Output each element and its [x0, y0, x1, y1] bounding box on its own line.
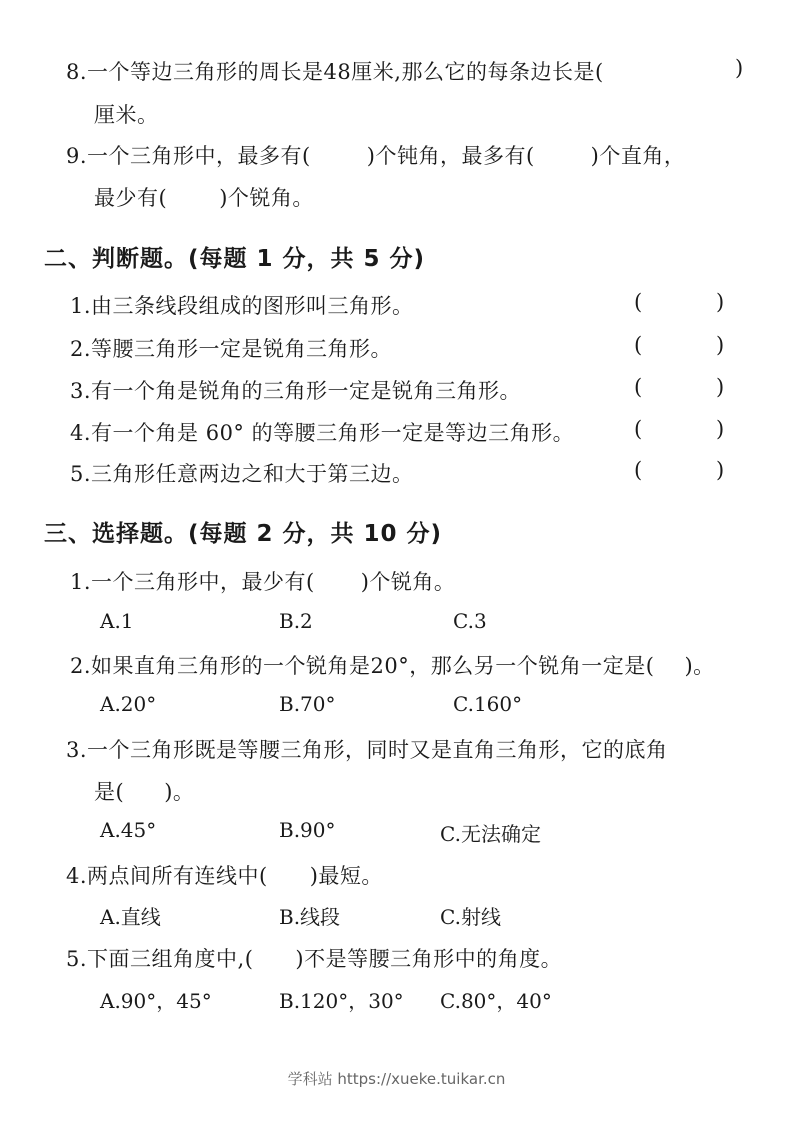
question-9-num: 9.: [66, 144, 87, 168]
option-c[interactable]: C.射线: [440, 901, 501, 930]
option-a[interactable]: A.1: [100, 609, 134, 633]
question-9-line2: 最少有()个锐角。: [94, 182, 314, 212]
question-9-cont-a: 最少有(: [94, 186, 167, 210]
choice-question-3-cont: 是()。: [94, 776, 194, 806]
judge-item-3: 3.有一个角是锐角的三角形一定是锐角三角形。: [70, 375, 521, 405]
question-text: 5.下面三组角度中,(: [66, 947, 253, 971]
choice-question-1: 1.一个三角形中，最少有()个锐角。: [70, 566, 455, 596]
judge-open-paren: (: [634, 290, 642, 314]
choice-question-3: 3.一个三角形既是等腰三角形，同时又是直角三角形，它的底角: [66, 734, 668, 764]
judge-item-1: 1.由三条线段组成的图形叫三角形。: [70, 290, 414, 320]
question-8-line1: 8.一个等边三角形的周长是48厘米,那么它的每条边长是(: [66, 56, 604, 86]
judge-close-paren: ): [716, 417, 724, 441]
question-text: )。: [164, 780, 194, 804]
judge-item-2: 2.等腰三角形一定是锐角三角形。: [70, 333, 392, 363]
question-text: 2.如果直角三角形的一个锐角是20°，那么另一个锐角一定是(: [70, 654, 654, 678]
option-b[interactable]: B.120°，30°: [279, 985, 404, 1014]
judge-close-paren: ): [716, 333, 724, 357]
choice-question-5: 5.下面三组角度中,()不是等腰三角形中的角度。: [66, 943, 562, 973]
choice-question-4: 4.两点间所有连线中()最短。: [66, 860, 383, 890]
question-text: )不是等腰三角形中的角度。: [295, 947, 562, 971]
footer-watermark: 学科站 https://xueke.tuikar.cn: [0, 1068, 793, 1089]
judge-close-paren: ): [716, 375, 724, 399]
option-b[interactable]: B.2: [279, 609, 313, 633]
question-8-text: 一个等边三角形的周长是48厘米,那么它的每条边长是(: [87, 60, 604, 84]
judge-item-5: 5.三角形任意两边之和大于第三边。: [70, 458, 414, 488]
judge-open-paren: (: [634, 417, 642, 441]
question-8-num: 8.: [66, 60, 87, 84]
question-text: )最短。: [310, 864, 383, 888]
judge-item-4: 4.有一个角是 60° 的等腰三角形一定是等边三角形。: [70, 417, 574, 447]
judge-close-paren: ): [716, 458, 724, 482]
question-9-line1: 9.一个三角形中，最多有()个钝角，最多有()个直角，: [66, 140, 685, 170]
option-a[interactable]: A.45°: [100, 818, 156, 842]
question-9-cont-b: )个锐角。: [219, 186, 314, 210]
question-9-text-b: )个钝角，最多有(: [367, 144, 535, 168]
question-8-line2: 厘米。: [94, 99, 159, 129]
option-c[interactable]: C.无法确定: [440, 818, 541, 847]
option-b[interactable]: B.90°: [279, 818, 336, 842]
option-a[interactable]: A.90°，45°: [100, 985, 212, 1014]
choice-question-2: 2.如果直角三角形的一个锐角是20°，那么另一个锐角一定是()。: [70, 650, 715, 680]
section-3-title: 三、选择题。(每题 2 分，共 10 分): [44, 515, 442, 548]
option-b[interactable]: B.线段: [279, 901, 340, 930]
question-9-text-c: )个直角，: [591, 144, 686, 168]
question-text: )个锐角。: [361, 570, 456, 594]
option-c[interactable]: C.3: [453, 609, 487, 633]
question-text: )。: [684, 654, 714, 678]
question-text: 是(: [94, 780, 124, 804]
option-b[interactable]: B.70°: [279, 692, 336, 716]
judge-open-paren: (: [634, 333, 642, 357]
question-8-close-paren: ): [735, 56, 744, 80]
judge-close-paren: ): [716, 290, 724, 314]
question-text: 1.一个三角形中，最少有(: [70, 570, 315, 594]
question-9-text-a: 一个三角形中，最多有(: [87, 144, 311, 168]
option-c[interactable]: C.160°: [453, 692, 522, 716]
option-a[interactable]: A.20°: [100, 692, 156, 716]
section-2-title: 二、判断题。(每题 1 分，共 5 分): [44, 240, 425, 273]
question-text: 4.两点间所有连线中(: [66, 864, 268, 888]
option-c[interactable]: C.80°，40°: [440, 985, 552, 1014]
option-a[interactable]: A.直线: [100, 901, 161, 930]
judge-open-paren: (: [634, 375, 642, 399]
judge-open-paren: (: [634, 458, 642, 482]
